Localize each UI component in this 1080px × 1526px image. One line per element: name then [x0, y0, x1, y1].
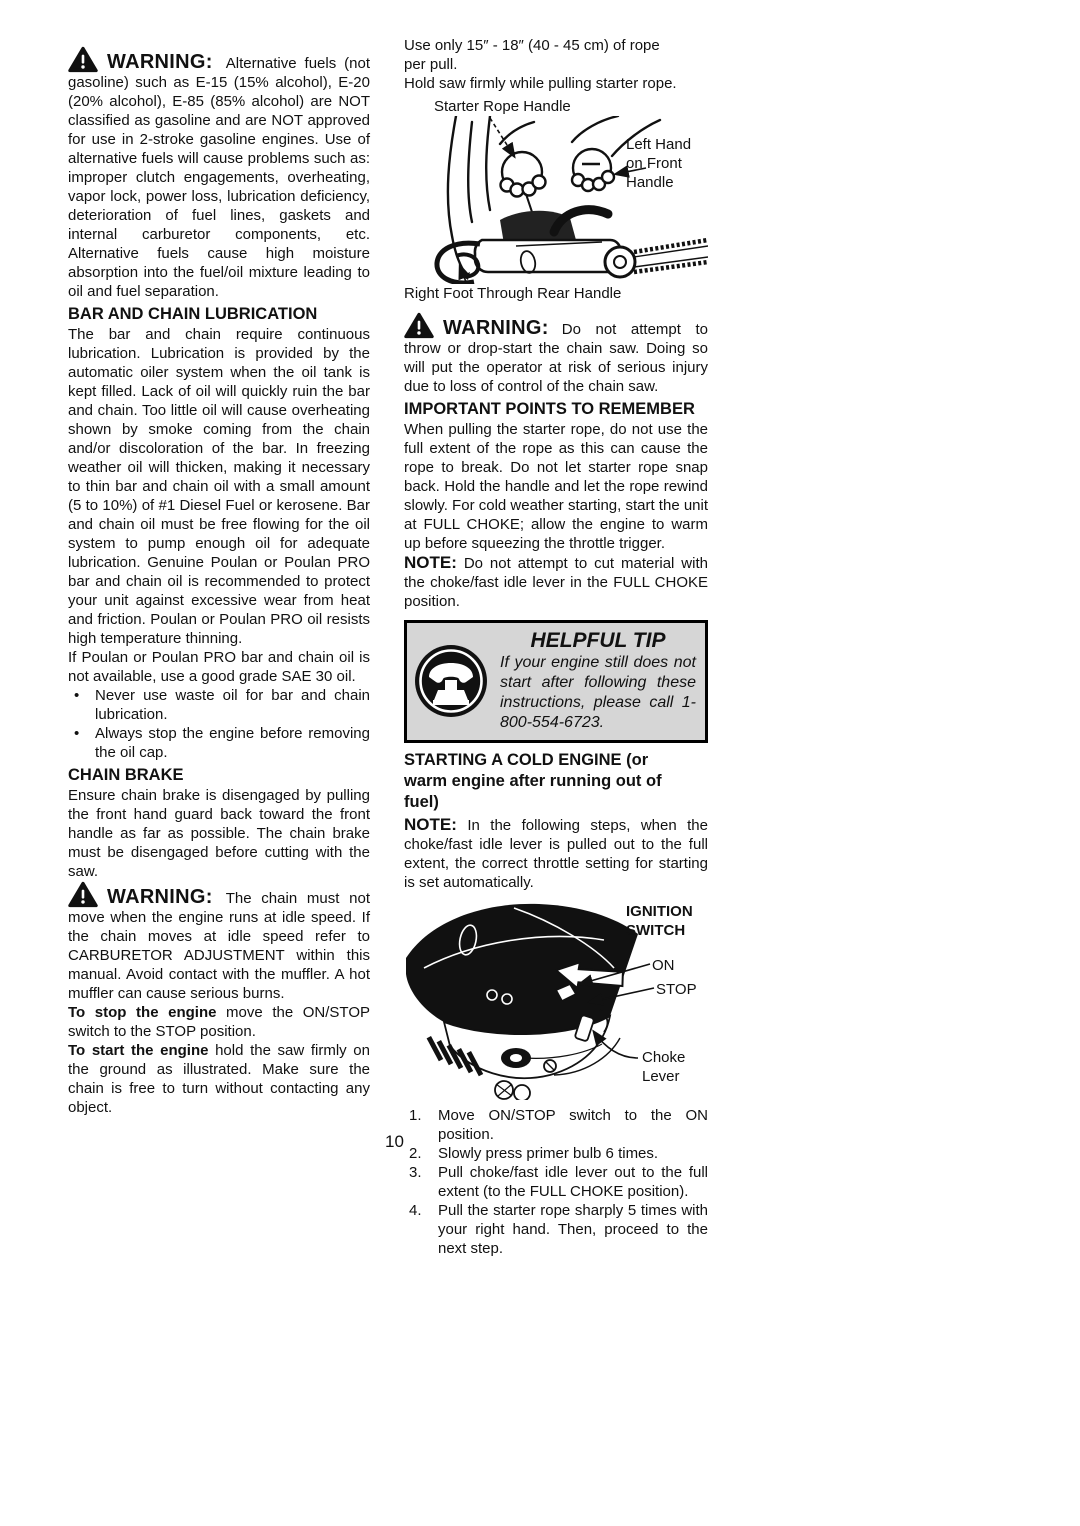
left-hand-label: Left Hand on Front Handle — [626, 135, 704, 192]
list-item: Move ON/STOP switch to the ON position. — [404, 1106, 708, 1144]
starting-steps-list: Move ON/STOP switch to the ON position. … — [404, 1106, 708, 1258]
helpful-tip-body: If your engine still does not start afte… — [500, 653, 696, 733]
ignition-switch-label: IGNITION SWITCH — [626, 902, 712, 940]
note-label: NOTE: — [404, 553, 457, 572]
heading-important-points: IMPORTANT POINTS TO REMEMBER — [404, 399, 708, 419]
list-item: Pull the starter rope sharply 5 times wi… — [404, 1201, 708, 1258]
bar-chain-bullets: Never use waste oil for bar and chain lu… — [68, 686, 370, 762]
bar-chain-body2: If Poulan or Poulan PRO bar and chain oi… — [68, 648, 370, 686]
left-column: WARNING:Alternative fuels (not gasoline)… — [68, 46, 370, 1117]
starter-rope-handle-label: Starter Rope Handle — [404, 97, 708, 116]
helpful-tip-title: HELPFUL TIP — [500, 628, 696, 653]
stop-engine-paragraph: To stop the engine move the ON/STOP swit… — [68, 1003, 370, 1041]
list-item: Never use waste oil for bar and chain lu… — [68, 686, 370, 724]
hold-note: Hold saw firmly while pulling starter ro… — [404, 74, 708, 93]
starting-position-figure: Starter Rope Handle — [404, 97, 708, 303]
heading-chain-brake: CHAIN BRAKE — [68, 765, 370, 785]
note-label: NOTE: — [404, 815, 457, 834]
warning-label: WARNING: — [107, 886, 213, 908]
warning-idle-paragraph: WARNING:The chain must not move when the… — [68, 881, 370, 1003]
helpful-tip-box: HELPFUL TIP If your engine still does no… — [404, 620, 708, 743]
note-steps: NOTE: In the following steps, when the c… — [404, 815, 708, 892]
chain-brake-body: Ensure chain brake is disengaged by pull… — [68, 786, 370, 881]
helpful-tip-text: HELPFUL TIP If your engine still does no… — [500, 628, 696, 733]
right-column: Use only 15″ - 18″ (40 - 45 cm) of rope … — [404, 36, 708, 1258]
telephone-icon — [413, 643, 489, 719]
start-engine-lead: To start the engine — [68, 1042, 208, 1059]
start-engine-paragraph: To start the engine hold the saw firmly … — [68, 1041, 370, 1117]
list-item: Slowly press primer bulb 6 times. — [404, 1144, 708, 1163]
warning-label: WARNING: — [107, 51, 213, 73]
warning-drop-start-paragraph: WARNING:Do not attempt to throw or drop-… — [404, 312, 708, 396]
heading-bar-chain-lubrication: BAR AND CHAIN LUBRICATION — [68, 304, 370, 324]
heading-starting-cold-engine: STARTING A COLD ENGINE (or warm engine a… — [404, 750, 684, 813]
warning-triangle-icon — [68, 881, 98, 908]
bullet-text: Never use waste oil for bar and chain lu… — [95, 686, 370, 724]
choke-lever-label: Choke Lever — [642, 1048, 704, 1086]
warning-label: WARNING: — [443, 317, 549, 339]
list-item: Pull choke/fast idle lever out to the fu… — [404, 1163, 708, 1201]
bullet-text: Always stop the engine before removing t… — [95, 724, 370, 762]
note-full-choke: NOTE: Do not attempt to cut material wit… — [404, 553, 708, 611]
on-label: ON — [652, 956, 675, 975]
step-text: Pull choke/fast idle lever out to the fu… — [438, 1163, 708, 1201]
important-points-body: When pulling the starter rope, do not us… — [404, 420, 708, 553]
warning-triangle-icon — [68, 46, 98, 73]
rope-note: Use only 15″ - 18″ (40 - 45 cm) of rope … — [404, 36, 666, 74]
right-foot-label: Right Foot Through Rear Handle — [404, 284, 708, 303]
stop-engine-lead: To stop the engine — [68, 1004, 216, 1021]
step-text: Move ON/STOP switch to the ON position. — [438, 1106, 708, 1144]
stop-label: STOP — [656, 980, 697, 999]
warning-text: Alternative fuels (not gasoline) such as… — [68, 55, 370, 300]
bar-chain-body: The bar and chain require continuous lub… — [68, 325, 370, 648]
ignition-switch-figure: IGNITION SWITCH ON STOP Choke Lever — [404, 898, 708, 1100]
page-number: 10 — [385, 1132, 404, 1152]
step-text: Slowly press primer bulb 6 times. — [438, 1144, 708, 1163]
step-text: Pull the starter rope sharply 5 times wi… — [438, 1201, 708, 1258]
list-item: Always stop the engine before removing t… — [68, 724, 370, 762]
warning-triangle-icon — [404, 312, 434, 339]
warning-fuels-paragraph: WARNING:Alternative fuels (not gasoline)… — [68, 46, 370, 301]
